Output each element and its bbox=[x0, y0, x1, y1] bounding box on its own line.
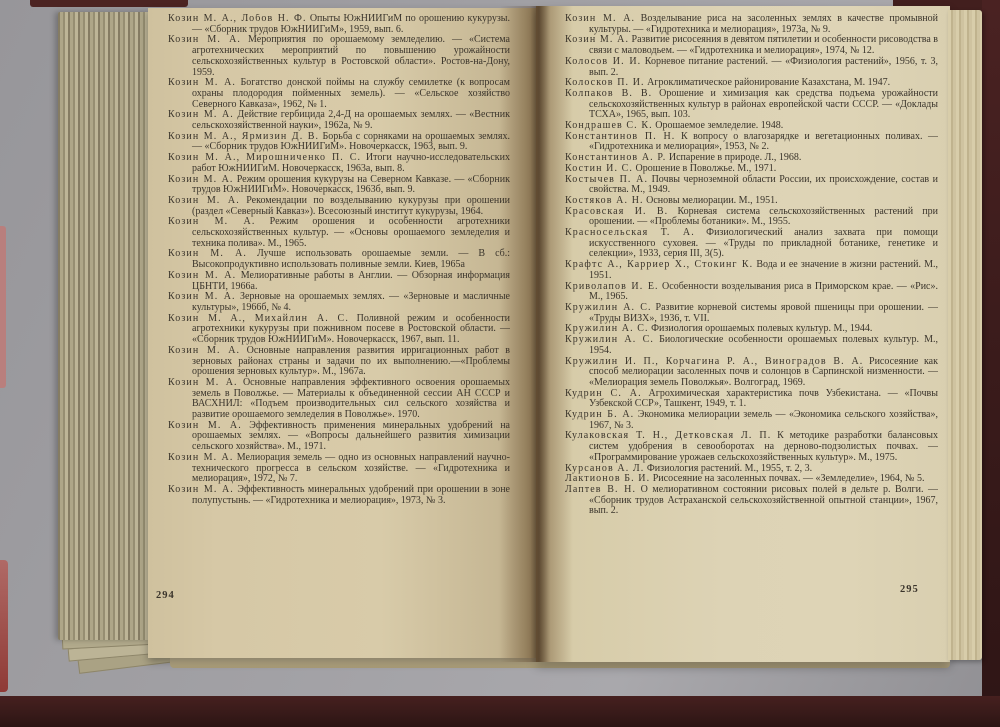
entry-authors: Козин М. А. bbox=[168, 77, 236, 88]
bibliography-entry: Козин М. А. Режим орошения кукурузы на С… bbox=[168, 175, 510, 196]
right-page: Козин М. А. Возделывание риса на засолен… bbox=[536, 6, 950, 662]
entry-reference-text: Физиология орошаемых полевых культур. М.… bbox=[649, 323, 873, 334]
entry-authors: Козин М. А., Михайлин А. С. bbox=[168, 313, 349, 324]
entry-authors: Кружилин А. С. bbox=[565, 323, 649, 334]
entry-authors: Козин М. А., Мирошниченко П. С. bbox=[168, 152, 361, 163]
entry-authors: Козин М. А. bbox=[168, 270, 236, 281]
bibliography-entry: Криволапов И. Е. Особенности возделывани… bbox=[565, 282, 938, 303]
bibliography-entry: Козин М. А. Мероприятия по орошаемому зе… bbox=[168, 35, 510, 78]
entry-authors: Кондрашев С. К. bbox=[565, 120, 653, 131]
entry-authors: Козин М. А. bbox=[168, 174, 234, 185]
bibliography-entry: Кудрин Б. А. Экономика мелиорации земель… bbox=[565, 410, 938, 431]
bibliography-entry: Кудрин С. А. Агрохимическая характеристи… bbox=[565, 389, 938, 410]
entry-authors: Козин М. А. bbox=[565, 34, 629, 45]
bibliography-entry: Красовская И. В. Корневая система сельск… bbox=[565, 207, 938, 228]
entry-authors: Козин М. А. bbox=[565, 14, 635, 24]
entry-reference-text: Корневое питание растений. — «Физиология… bbox=[589, 56, 938, 78]
entry-authors: Курсанов А. Л. bbox=[565, 463, 644, 474]
bibliography-entry: Козин М. А. Эффективность минеральных уд… bbox=[168, 485, 510, 506]
entry-reference-text: Богатство донской поймы на службу семиле… bbox=[192, 77, 510, 109]
entry-authors: Колпаков В. В. bbox=[565, 88, 652, 99]
entry-reference-text: Агрохимическая характеристика почв Узбек… bbox=[589, 388, 938, 410]
entry-authors: Козин М. А. bbox=[168, 420, 242, 431]
bibliography-entry: Козин М. А. Лучше использовать орошаемые… bbox=[168, 249, 510, 270]
entry-authors: Костяков А. Н. bbox=[565, 195, 644, 206]
entry-authors: Красносельская Т. А. bbox=[565, 227, 695, 238]
entry-authors: Кудрин Б. А. bbox=[565, 409, 634, 420]
entry-reference-text: Развитие рисосеяния в девятом пятилетии … bbox=[589, 34, 938, 56]
entry-authors: Колосков П. И. bbox=[565, 77, 645, 88]
entry-authors: Кулаковская Т. Н., Детковская Л. П. bbox=[565, 430, 771, 441]
bibliography-entry: Козин М. А. Мелиорация земель — одно из … bbox=[168, 453, 510, 485]
entry-reference-text: Рисосеяние на засоленных почвах. — «Земл… bbox=[650, 473, 924, 484]
right-page-block-edges bbox=[948, 10, 982, 660]
bibliography-entry: Козин М. А., Михайлин А. С. Поливной реж… bbox=[168, 314, 510, 346]
book-cover-left-sliver-upper bbox=[0, 226, 6, 388]
entry-reference-text: Зерновые на орошаемых землях. — «Зерновы… bbox=[192, 291, 510, 313]
bibliography-entry: Козин М. А. Режим орошения и особенности… bbox=[168, 217, 510, 249]
entry-authors: Козин М. А. bbox=[168, 345, 240, 356]
entry-reference-text: Мелиорация земель — одно из основных нап… bbox=[192, 452, 510, 484]
book-cover-bottom-edge bbox=[0, 696, 1000, 727]
bibliography-entry: Козин М. А. Возделывание риса на засолен… bbox=[565, 14, 938, 35]
entry-authors: Колосов И. И. bbox=[565, 56, 641, 67]
bibliography-entry: Костычев П. А. Почвы черноземной области… bbox=[565, 175, 938, 196]
entry-reference-text: Рекомендации по возделыванию кукурузы пр… bbox=[192, 195, 510, 217]
entry-authors: Козин М. А. bbox=[168, 195, 240, 206]
entry-reference-text: Экономика мелиорации земель — «Экономика… bbox=[589, 409, 938, 431]
bibliography-entry: Красносельская Т. А. Физиологический ана… bbox=[565, 228, 938, 260]
bibliography-entry: Константинов П. Н. К вопросу о влагозаря… bbox=[565, 132, 938, 153]
bibliography-entry: Кружилин А. С. Развитие корневой системы… bbox=[565, 303, 938, 324]
entry-authors: Козин М. А. bbox=[168, 377, 238, 388]
bibliography-entry: Крафтс А., Карриер Х., Стокинг К. Вода и… bbox=[565, 260, 938, 281]
book-cover-left-sliver-lower bbox=[0, 560, 8, 692]
bibliography-entry: Кулаковская Т. Н., Детковская Л. П. К ме… bbox=[565, 431, 938, 463]
entry-authors: Козин М. А., Лобов Н. Ф. bbox=[168, 14, 307, 24]
entry-reference-text: Мелиоративные работы в Англии. — Обзорна… bbox=[192, 270, 510, 292]
entry-reference-text: Физиология растений. М., 1955, т. 2, 3. bbox=[644, 463, 812, 474]
entry-reference-text: Режим орошения кукурузы на Северном Кавк… bbox=[192, 174, 510, 196]
bibliography-entry: Козин М. А. Богатство донской поймы на с… bbox=[168, 78, 510, 110]
bibliography-entry: Козин М. А. Эффективность применения мин… bbox=[168, 421, 510, 453]
left-page-stack-edges bbox=[58, 12, 150, 640]
entry-reference-text: Агроклиматическое районирование Казахста… bbox=[645, 77, 891, 88]
entry-authors: Лаптев В. Н. bbox=[565, 484, 636, 495]
left-page: Козин М. А., Лобов Н. Ф. Опыты ЮжНИИГиМ … bbox=[148, 8, 536, 658]
entry-authors: Кудрин С. А. bbox=[565, 388, 642, 399]
entry-authors: Крафтс А., Карриер Х., Стокинг К. bbox=[565, 259, 753, 270]
entry-authors: Костычев П. А. bbox=[565, 174, 648, 185]
page-number-left: 294 bbox=[156, 590, 175, 601]
bibliography-entry: Лаптев В. Н. О мелиоративном состоянии р… bbox=[565, 485, 938, 517]
entry-authors: Кружилин И. П., Корчагина Р. А., Виногра… bbox=[565, 356, 863, 367]
bibliography-entry: Кружилин А. С. Биологические особенности… bbox=[565, 335, 938, 356]
bibliography-entry: Козин М. А. Мелиоративные работы в Англи… bbox=[168, 271, 510, 292]
entry-reference-text: Возделывание риса на засоленных землях в… bbox=[589, 14, 938, 35]
entry-authors: Костин И. С. bbox=[565, 163, 633, 174]
bibliography-entry: Кружилин И. П., Корчагина Р. А., Виногра… bbox=[565, 357, 938, 389]
entry-authors: Криволапов И. Е. bbox=[565, 281, 659, 292]
entry-reference-text: Испарение в природе. Л., 1968. bbox=[666, 152, 801, 163]
bibliography-entry: Козин М. А., Лобов Н. Ф. Опыты ЮжНИИГиМ … bbox=[168, 14, 510, 35]
entry-reference-text: Основные направления развития ирригацион… bbox=[192, 345, 510, 377]
entry-authors: Козин М. А. bbox=[168, 248, 247, 259]
page-number-right: 295 bbox=[900, 584, 919, 595]
scan-background: Козин М. А., Лобов Н. Ф. Опыты ЮжНИИГиМ … bbox=[0, 0, 1000, 727]
entry-authors: Козин М. А. bbox=[168, 452, 233, 463]
entry-authors: Константинов П. Н. bbox=[565, 131, 675, 142]
left-page-text-column: Козин М. А., Лобов Н. Ф. Опыты ЮжНИИГиМ … bbox=[168, 14, 510, 506]
bibliography-entry: Козин М. А., Мирошниченко П. С. Итоги на… bbox=[168, 153, 510, 174]
entry-authors: Козин М. А. bbox=[168, 109, 234, 120]
entry-authors: Красовская И. В. bbox=[565, 206, 668, 217]
entry-reference-text: О мелиоративном состоянии рисовых полей … bbox=[589, 484, 938, 516]
bibliography-entry: Козин М. А. Рекомендации по возделыванию… bbox=[168, 196, 510, 217]
entry-authors: Козин М. А. bbox=[168, 291, 236, 302]
bibliography-entry: Козин М. А. Действие гербицида 2,4-Д на … bbox=[168, 110, 510, 131]
entry-reference-text: Основы мелиорации. М., 1951. bbox=[644, 195, 778, 206]
right-page-text-column: Козин М. А. Возделывание риса на засолен… bbox=[565, 14, 938, 517]
entry-authors: Кружилин А. С. bbox=[565, 334, 654, 345]
bibliography-entry: Колосов И. И. Корневое питание растений.… bbox=[565, 57, 938, 78]
book-cover-top-left-edge bbox=[30, 0, 188, 7]
entry-authors: Козин М. А. bbox=[168, 34, 241, 45]
bibliography-entry: Колпаков В. В. Орошение и химизация как … bbox=[565, 89, 938, 121]
bibliography-entry: Козин М. А. Развитие рисосеяния в девято… bbox=[565, 35, 938, 56]
book-cover-right-edge bbox=[982, 0, 1000, 727]
entry-authors: Козин М. А. bbox=[168, 484, 234, 495]
entry-authors: Козин М. А., Ярмизин Д. В. bbox=[168, 131, 319, 142]
bibliography-entry: Козин М. А. Основные направления развити… bbox=[168, 346, 510, 378]
entry-authors: Константинов А. Р. bbox=[565, 152, 666, 163]
entry-authors: Лактионов Б. И. bbox=[565, 473, 650, 484]
entry-reference-text: Орошение в Поволжье. М., 1971. bbox=[633, 163, 776, 174]
entry-reference-text: Эффективность минеральных удобрений при … bbox=[192, 484, 510, 506]
entry-authors: Кружилин А. С. bbox=[565, 302, 652, 313]
entry-authors: Козин М. А. bbox=[168, 216, 255, 227]
bibliography-entry: Козин М. А. Зерновые на орошаемых землях… bbox=[168, 292, 510, 313]
bibliography-entry: Козин М. А., Ярмизин Д. В. Борьба с сорн… bbox=[168, 132, 510, 153]
entry-reference-text: Действие гербицида 2,4-Д на орошаемых зе… bbox=[192, 109, 510, 131]
entry-reference-text: Орошаемое земледелие. 1948. bbox=[653, 120, 784, 131]
bibliography-entry: Козин М. А. Основные направления эффекти… bbox=[168, 378, 510, 421]
entry-reference-text: Основные направления эффективного освоен… bbox=[192, 377, 510, 420]
